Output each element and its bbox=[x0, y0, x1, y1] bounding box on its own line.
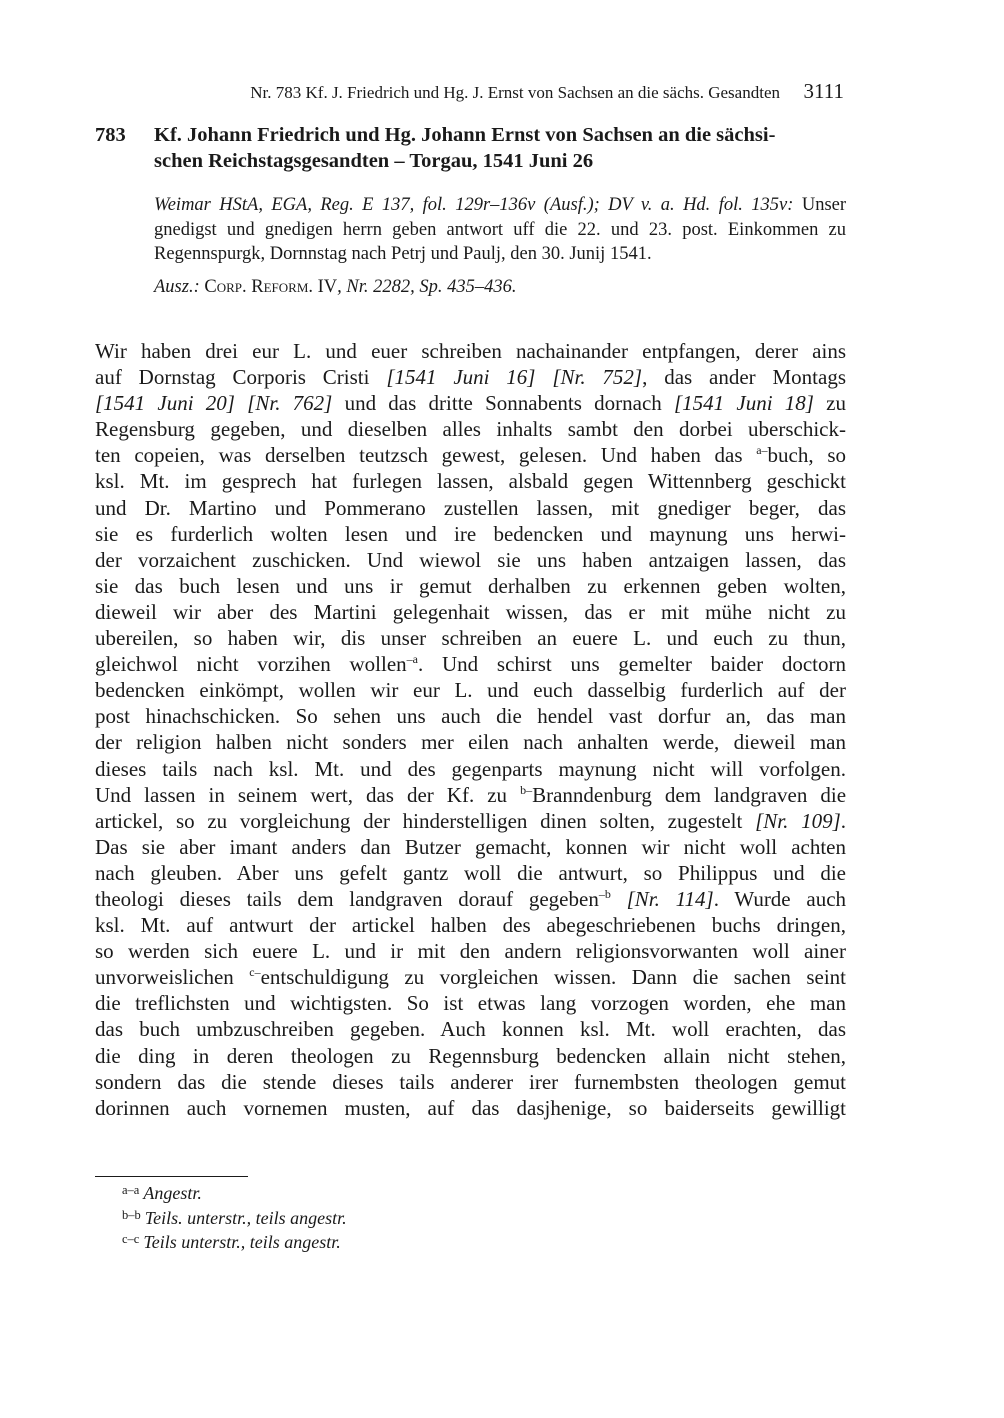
footnote-text: Teils. unterstr., teils angestr. bbox=[145, 1208, 347, 1228]
body-text-segment: ksl. Mt. auf antwurt der artickel halben… bbox=[95, 913, 846, 937]
body-line: nach gleuben. Aber uns gefelt gantz woll… bbox=[95, 860, 846, 886]
body-line: [1541 Juni 20] [Nr. 762] und das dritte … bbox=[95, 390, 846, 416]
body-line: die ding in deren theologen zu Regennsbu… bbox=[95, 1043, 846, 1069]
body-line: auf Dornstag Corporis Cristi [1541 Juni … bbox=[95, 364, 846, 390]
footnote-text: Teils unterstr., teils angestr. bbox=[143, 1232, 340, 1252]
body-line: ksl. Mt. im gesprech hat furlegen lassen… bbox=[95, 468, 846, 494]
body-text-segment: . bbox=[841, 809, 846, 833]
body-line: bedencken einkömpt, wollen wir eur L. un… bbox=[95, 677, 846, 703]
editorial-reference: [1541 Juni 20] [Nr. 762] bbox=[95, 391, 332, 415]
body-text-segment: buch, so bbox=[768, 443, 846, 467]
footnote-mark: a–a bbox=[122, 1183, 139, 1197]
body-line: Und lassen in seinem wert, das der Kf. z… bbox=[95, 782, 846, 808]
source-description: Weimar HStA, EGA, Reg. E 137, fol. 129r–… bbox=[154, 193, 846, 299]
document-title-line-2: schen Reichstagsgesandten – Torgau, 1541… bbox=[154, 148, 848, 174]
body-line: ten copeien, was derselben teutzsch gewe… bbox=[95, 442, 846, 468]
running-head: Nr. 783 Kf. J. Friedrich und Hg. J. Erns… bbox=[95, 80, 848, 106]
body-line: und Dr. Martino und Pommerano zustellen … bbox=[95, 495, 846, 521]
footnote-marker: c– bbox=[249, 965, 260, 979]
footnote-item: b–bTeils. unterstr., teils angestr. bbox=[122, 1205, 822, 1230]
body-text-segment: Das sie aber imant anders dan Butzer gem… bbox=[95, 835, 846, 859]
excerpt-location: , Nr. 2282, Sp. 435–436. bbox=[337, 277, 516, 297]
body-text-segment bbox=[611, 887, 627, 911]
body-text-segment: dieweil wir aber des Martini gelegenhait… bbox=[95, 600, 846, 624]
body-text-segment: unvorweislichen bbox=[95, 965, 249, 989]
body-line: dorinnen auch vornemen musten, auf das d… bbox=[95, 1095, 846, 1121]
editorial-reference: [1541 Juni 18] bbox=[674, 391, 814, 415]
body-line: dieweil wir aber des Martini gelegenhait… bbox=[95, 599, 846, 625]
body-text-segment: dieses tails nach ksl. Mt. und des gegen… bbox=[95, 757, 846, 781]
body-line: sondern das die stende dieses tails ande… bbox=[95, 1069, 846, 1095]
footnote-marker: a– bbox=[756, 443, 767, 457]
body-text-segment: zu bbox=[814, 391, 846, 415]
body-text-segment: Und lassen in seinem wert, das der Kf. z… bbox=[95, 783, 520, 807]
body-text-segment: das buch umbzuschreiben gegeben. Auch ko… bbox=[95, 1017, 846, 1041]
body-text-segment: ksl. Mt. im gesprech hat furlegen lassen… bbox=[95, 469, 846, 493]
body-line: so werden sich euere L. und ir mit den a… bbox=[95, 938, 846, 964]
body-line: dieses tails nach ksl. Mt. und des gegen… bbox=[95, 756, 846, 782]
body-text-segment: der vorzaichent zuschicken. Und wiewol s… bbox=[95, 548, 846, 572]
body-text-segment: die ding in deren theologen zu Regennsbu… bbox=[95, 1044, 846, 1068]
body-text-segment: ubereilen, so haben wir, dis unser schre… bbox=[95, 626, 846, 650]
body-text-segment: und Dr. Martino und Pommerano zustellen … bbox=[95, 496, 846, 520]
body-line: theologi dieses tails dem landgraven dor… bbox=[95, 886, 846, 912]
document-title-line-1: Kf. Johann Friedrich und Hg. Johann Erns… bbox=[154, 122, 848, 148]
body-line: der vorzaichent zuschicken. Und wiewol s… bbox=[95, 547, 846, 573]
letter-body: Wir haben drei eur L. und euer schreiben… bbox=[95, 338, 846, 1121]
footnote-marker: b– bbox=[520, 783, 532, 797]
body-text-segment: Branndenburg dem landgraven die bbox=[532, 783, 846, 807]
footnote-item: a–aAngestr. bbox=[122, 1180, 822, 1205]
body-line: post hinachschicken. So sehen uns auch d… bbox=[95, 703, 846, 729]
document-number: 783 bbox=[95, 122, 126, 148]
excerpt-reference: Ausz.: Corp. Reform. IV, Nr. 2282, Sp. 4… bbox=[154, 275, 846, 300]
footnote-marker: –a bbox=[407, 652, 418, 666]
editorial-reference: [Nr. 109] bbox=[755, 809, 841, 833]
body-text-segment: der religion halben nicht sonders mer ei… bbox=[95, 730, 846, 754]
body-line: artickel, so zu vorgleichung der hinders… bbox=[95, 808, 846, 834]
footnote-marker: –b bbox=[599, 887, 611, 901]
body-text-segment: sie es furderlich wolten lesen und ire b… bbox=[95, 522, 846, 546]
excerpt-label: Ausz.: bbox=[154, 277, 200, 297]
body-line: sie das buch lesen und uns ir gemut derh… bbox=[95, 573, 846, 599]
body-text-segment: post hinachschicken. So sehen uns auch d… bbox=[95, 704, 846, 728]
body-text-segment: nach gleuben. Aber uns gefelt gantz woll… bbox=[95, 861, 846, 885]
body-line: unvorweislichen c–entschuldigung zu vorg… bbox=[95, 964, 846, 990]
footnote-item: c–cTeils unterstr., teils angestr. bbox=[122, 1229, 822, 1254]
editorial-reference: [1541 Juni 16] [Nr. 752] bbox=[386, 365, 642, 389]
page-number: 3111 bbox=[804, 78, 844, 104]
body-line: ubereilen, so haben wir, dis unser schre… bbox=[95, 625, 846, 651]
body-text-segment: bedencken einkömpt, wollen wir eur L. un… bbox=[95, 678, 846, 702]
body-line: das buch umbzuschreiben gegeben. Auch ko… bbox=[95, 1016, 846, 1042]
body-text-segment: und das dritte Sonnabents dornach bbox=[332, 391, 674, 415]
body-line: die treflichsten und wichtigsten. So ist… bbox=[95, 990, 846, 1016]
body-text-segment: die treflichsten und wichtigsten. So ist… bbox=[95, 991, 846, 1015]
document-title: Kf. Johann Friedrich und Hg. Johann Erns… bbox=[154, 122, 848, 174]
body-line: Das sie aber imant anders dan Butzer gem… bbox=[95, 834, 846, 860]
body-line: der religion halben nicht sonders mer ei… bbox=[95, 729, 846, 755]
body-text-segment: , das ander Montags bbox=[642, 365, 846, 389]
archive-reference: Weimar HStA, EGA, Reg. E 137, fol. 129r–… bbox=[154, 195, 793, 215]
body-text-segment: dorinnen auch vornemen musten, auf das d… bbox=[95, 1096, 846, 1120]
body-text-segment: artickel, so zu vorgleichung der hinders… bbox=[95, 809, 755, 833]
body-text-segment: entschuldigung zu vorgleichen wissen. Da… bbox=[261, 965, 846, 989]
footnotes: a–aAngestr.b–bTeils. unterstr., teils an… bbox=[122, 1180, 822, 1254]
body-text-segment: . Wurde auch bbox=[714, 887, 846, 911]
running-head-title: Nr. 783 Kf. J. Friedrich und Hg. J. Erns… bbox=[250, 80, 780, 106]
body-text-segment: Regensburg gegeben, und dieselben alles … bbox=[95, 417, 846, 441]
body-text-segment: sondern das die stende dieses tails ande… bbox=[95, 1070, 846, 1094]
excerpt-work: Corp. Reform. bbox=[204, 277, 313, 297]
body-text-segment: so werden sich euere L. und ir mit den a… bbox=[95, 939, 846, 963]
footnote-mark: b–b bbox=[122, 1208, 141, 1222]
body-text-segment: theologi dieses tails dem landgraven dor… bbox=[95, 887, 599, 911]
body-text-segment: . Und schirst uns gemelter baider doctor… bbox=[418, 652, 846, 676]
footnote-mark: c–c bbox=[122, 1232, 139, 1246]
body-line: Wir haben drei eur L. und euer schreiben… bbox=[95, 338, 846, 364]
source-archive-entry: Weimar HStA, EGA, Reg. E 137, fol. 129r–… bbox=[154, 193, 846, 267]
body-line: sie es furderlich wolten lesen und ire b… bbox=[95, 521, 846, 547]
body-text-segment: Wir haben drei eur L. und euer schreiben… bbox=[95, 339, 846, 363]
body-text-segment: auf Dornstag Corporis Cristi bbox=[95, 365, 386, 389]
document-page: Nr. 783 Kf. J. Friedrich und Hg. J. Erns… bbox=[0, 0, 1004, 1418]
body-text-segment: ten copeien, was derselben teutzsch gewe… bbox=[95, 443, 756, 467]
body-text-segment: sie das buch lesen und uns ir gemut derh… bbox=[95, 574, 846, 598]
excerpt-volume: IV bbox=[313, 277, 337, 297]
body-text-segment: gleichwol nicht vorzihen wollen bbox=[95, 652, 407, 676]
footnote-divider bbox=[95, 1176, 248, 1177]
footnote-text: Angestr. bbox=[143, 1183, 202, 1203]
editorial-reference: [Nr. 114] bbox=[627, 887, 714, 911]
body-line: gleichwol nicht vorzihen wollen–a. Und s… bbox=[95, 651, 846, 677]
body-line: Regensburg gegeben, und dieselben alles … bbox=[95, 416, 846, 442]
body-line: ksl. Mt. auf antwurt der artickel halben… bbox=[95, 912, 846, 938]
